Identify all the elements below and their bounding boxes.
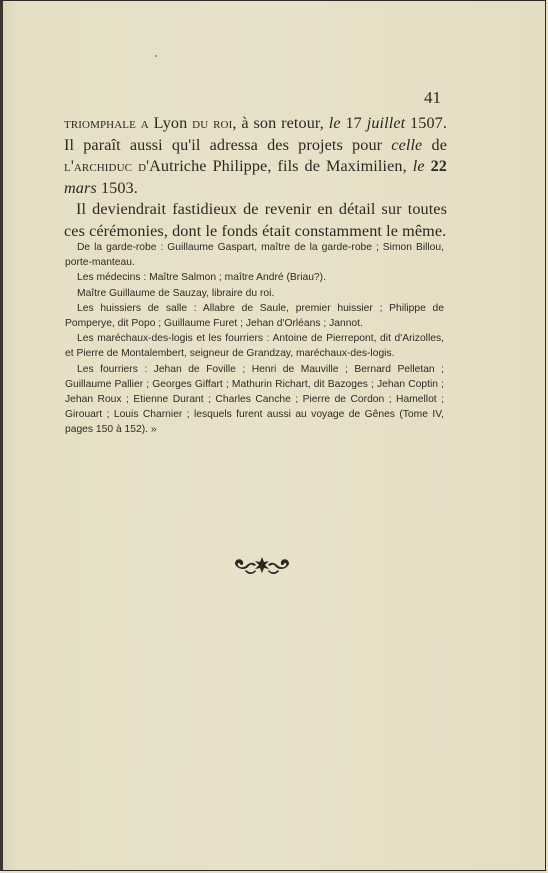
text-run: Autriche bbox=[149, 157, 206, 175]
footnote-line: Les fourriers : Jehan de Foville ; Henri… bbox=[65, 362, 444, 438]
text-run: , fils de Maximilien, bbox=[267, 157, 412, 175]
text-run: mars bbox=[64, 179, 97, 197]
text-run: , à son retour, bbox=[232, 114, 328, 132]
text-run: Lyon bbox=[154, 114, 188, 132]
footnote-line: Les médecins : Maître Salmon ; maître An… bbox=[65, 270, 444, 285]
text-run: le bbox=[413, 157, 425, 175]
text-run: de bbox=[422, 136, 447, 154]
text-run: Philippe bbox=[213, 157, 268, 175]
text-run: triomphale a bbox=[64, 114, 154, 132]
date-number: 17 bbox=[341, 114, 367, 132]
text-run: du roi bbox=[187, 114, 232, 132]
page-number: 41 bbox=[424, 88, 441, 108]
footnote-line: Maître Guillaume de Sauzay, libraire du … bbox=[65, 286, 444, 301]
text-run: 1503. bbox=[97, 179, 138, 197]
paragraph-1: triomphale a Lyon du roi, à son retour, … bbox=[64, 113, 447, 199]
text-run: juillet bbox=[367, 114, 405, 132]
paragraph-2: Il deviendrait fastidieux de revenir en … bbox=[64, 199, 447, 242]
main-text: triomphale a Lyon du roi, à son retour, … bbox=[64, 113, 447, 242]
text-run: l'archiduc d' bbox=[64, 157, 149, 175]
footnotes: De la garde-robe : Guillaume Gaspart, ma… bbox=[65, 240, 444, 438]
paper-speck bbox=[155, 55, 157, 57]
text-run: le bbox=[329, 114, 341, 132]
fleuron-ornament-icon bbox=[232, 554, 292, 576]
footnote-line: Les huissiers de salle : Allabre de Saul… bbox=[65, 301, 444, 331]
date-number: 22 bbox=[425, 157, 447, 175]
footnote-line: De la garde-robe : Guillaume Gaspart, ma… bbox=[65, 240, 444, 270]
text-run: celle bbox=[391, 136, 422, 154]
book-page: 41 triomphale a Lyon du roi, à son retou… bbox=[0, 0, 546, 871]
footnote-line: Les maréchaux-des-logis et les fourriers… bbox=[65, 331, 444, 361]
